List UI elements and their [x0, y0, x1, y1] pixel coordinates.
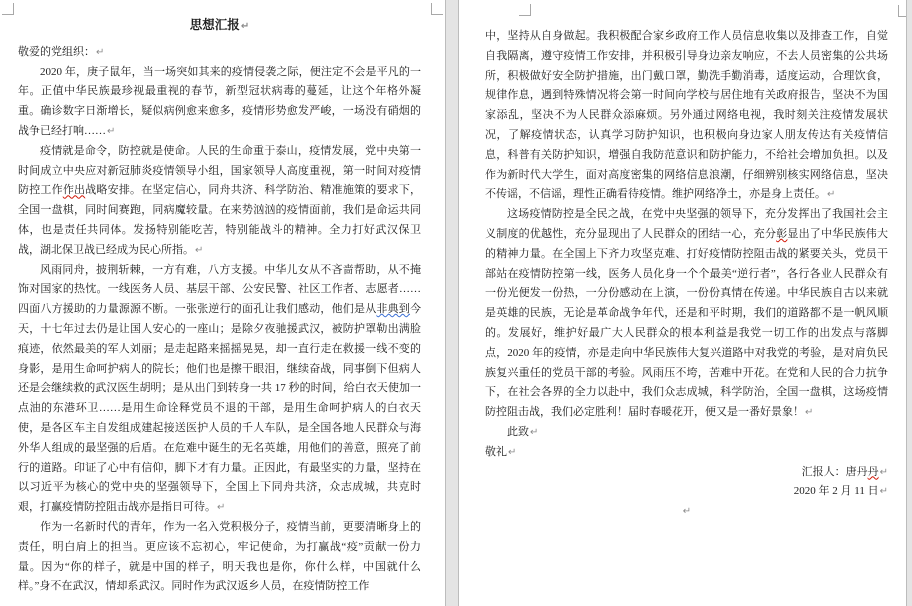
paragraph-mark-icon: ↵ [217, 502, 225, 513]
text-run: 敬礼 [485, 446, 507, 458]
text-run: 汇报人：唐丹 [802, 466, 868, 478]
paragraph[interactable]: 此致↵ [485, 423, 888, 443]
text-run: 2020 年 2 月 11 日 [794, 485, 879, 497]
paragraph[interactable]: 这场疫情防控是全民之战，在党中央坚强的领导下，充分发挥出了我国社会主义制度的优越… [485, 205, 888, 423]
text-run: 此致 [507, 426, 529, 438]
paragraph[interactable]: 敬礼↵ [485, 443, 888, 463]
page-2: 中，坚持从自身做起。我积极配合家乡政府工作人员信息收集以及排查工作，自觉自我隔离… [458, 0, 907, 606]
page-1-text-area[interactable]: 思想汇报↵敬爱的党组织：↵2020 年，庚子鼠年，当一场突如其来的疫情侵袭之际，… [18, 16, 421, 597]
paragraph-mark-icon: ↵ [683, 506, 691, 517]
paragraph[interactable]: 2020 年 2 月 11 日↵ [485, 482, 888, 502]
paragraph[interactable]: ↵ [485, 502, 888, 522]
paragraph-mark-icon: ↵ [827, 189, 835, 200]
margin-crop-mark-icon [898, 5, 906, 17]
text-run: 显出了中华民族伟大的精神力量。在全国上下齐力攻坚克难、打好疫情防控阻击战的紧要关… [485, 228, 888, 418]
page-1: 思想汇报↵敬爱的党组织：↵2020 年，庚子鼠年，当一场突如其来的疫情侵袭之际，… [0, 0, 446, 606]
page-2-text-area[interactable]: 中，坚持从自身做起。我积极配合家乡政府工作人员信息收集以及排查工作，自觉自我隔离… [485, 27, 888, 522]
paragraph[interactable]: 疫情就是命令，防控就是使命。人民的生命重于泰山，疫情发展，党中央第一时间成立中央… [18, 142, 421, 261]
paragraph-mark-icon: ↵ [195, 245, 203, 256]
paragraph-mark-icon: ↵ [880, 486, 888, 497]
margin-crop-mark-icon [431, 3, 443, 15]
paragraph-mark-icon: ↵ [880, 467, 888, 478]
paragraph[interactable]: 作为一名新时代的青年，作为一名入党积极分子，疫情当前，更要清晰身上的责任，明白肩… [18, 518, 421, 597]
paragraph[interactable]: 中，坚持从自身做起。我积极配合家乡政府工作人员信息收集以及排查工作，自觉自我隔离… [485, 27, 888, 205]
text-run: 敬爱的党组织： [18, 46, 95, 58]
document-title[interactable]: 思想汇报↵ [18, 16, 421, 37]
spellcheck-underlined-text: 非典到 [376, 303, 410, 315]
text-run: 作为一名新时代的青年，作为一名入党积极分子，疫情当前，更要清晰身上的责任，明白肩… [18, 521, 421, 592]
paragraph-mark-icon: ↵ [96, 47, 104, 58]
margin-crop-mark-icon [2, 3, 14, 15]
paragraph-mark-icon: ↵ [530, 427, 538, 438]
paragraph-mark-icon: ↵ [508, 447, 516, 458]
paragraph[interactable]: 风雨同舟，披荆斩棘，一方有难，八方支援。中华儿女从不吝啬帮助，从不掩饰对国家的热… [18, 261, 421, 518]
text-run: 中，坚持从自身做起。我积极配合家乡政府工作人员信息收集以及排查工作，自觉自我隔离… [485, 30, 888, 200]
spellcheck-underlined-text: 作出 [63, 184, 85, 196]
text-run: 思想汇报 [190, 18, 240, 32]
spellcheck-underlined-text: 彰 [776, 228, 787, 240]
text-run: 2020 年，庚子鼠年，当一场突如其来的疫情侵袭之际，便注定不会是平凡的一年。正… [18, 66, 421, 137]
paragraph[interactable]: 汇报人：唐丹丹↵ [485, 463, 888, 483]
paragraph[interactable]: 2020 年，庚子鼠年，当一场突如其来的疫情侵袭之际，便注定不会是平凡的一年。正… [18, 63, 421, 142]
page-gap [446, 0, 458, 606]
paragraph[interactable]: 敬爱的党组织：↵ [18, 43, 421, 63]
background-strip [907, 0, 912, 606]
paragraph-mark-icon: ↵ [805, 407, 813, 418]
document-view: 思想汇报↵敬爱的党组织：↵2020 年，庚子鼠年，当一场突如其来的疫情侵袭之际，… [0, 0, 912, 606]
paragraph-mark-icon: ↵ [241, 21, 249, 32]
text-run: 风雨同舟，披荆斩棘，一方有难，八方支援。中华儿女从不吝啬帮助，从不掩饰对国家的热… [18, 264, 421, 316]
paragraph-mark-icon: ↵ [107, 126, 115, 137]
margin-crop-mark-icon [519, 4, 531, 16]
spellcheck-underlined-text: 丹 [868, 466, 879, 478]
text-run: 今天，十七年过去仍是让国人安心的一座山；是除夕夜驰援武汉，被防护罩勒出满脸痕迹，… [18, 303, 421, 513]
